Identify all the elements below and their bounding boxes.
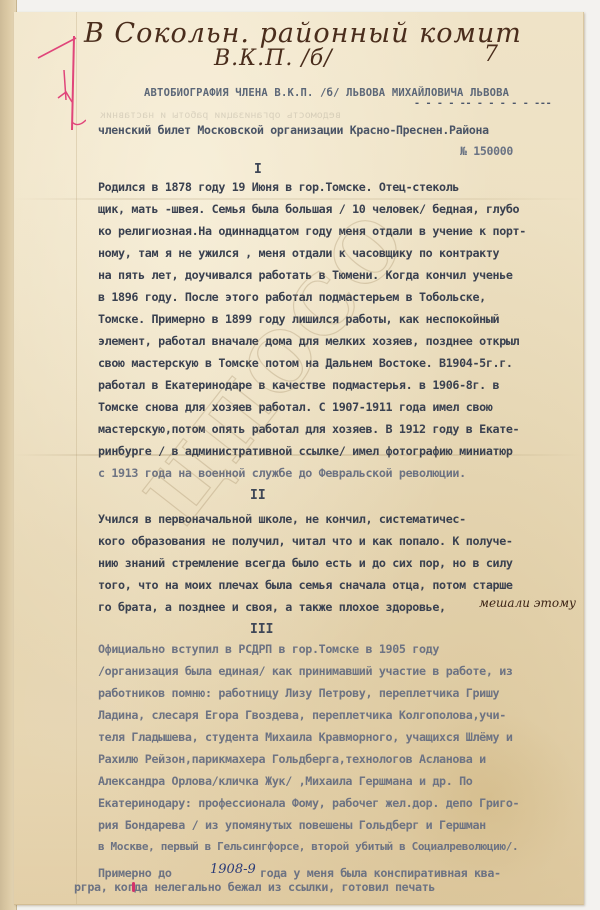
body-line: Ладина, слесаря Егора Гвоздева, переплет…: [98, 708, 506, 722]
margin-line: [76, 12, 77, 904]
handwritten-address: В Сокольн. районный комит: [84, 18, 522, 49]
body-line: Александра Орлова/кличка Жук/ ,Михаила Г…: [98, 774, 472, 788]
body-line: с 1913 года на военной службе до Февраль…: [98, 466, 466, 480]
body-line: в 1896 году. После этого работал подмаст…: [98, 290, 486, 304]
body-line: мастерскую,потом опять работал для хозяе…: [98, 422, 519, 436]
document-scan: В Сокольн. районный комит В.К.П. /б/ 7 А…: [0, 0, 600, 910]
body-line: теля Гладышева, студента Михаила Кравмор…: [98, 730, 513, 744]
bleed-through-text: ведомость организации работы и наставник: [100, 110, 341, 121]
section-numeral: I: [254, 162, 262, 177]
body-line: ргра, когда нелегально бежал из ссылки, …: [74, 880, 435, 894]
body-line: на пять лет, доучивался работать в Тюмен…: [98, 268, 513, 282]
body-line: года у меня была конспиративная ква-: [260, 866, 501, 880]
membership-line: членский билет Московской организации Кр…: [98, 123, 489, 137]
body-line: в Москве, первый в Гельсингфорсе, второй…: [98, 840, 518, 853]
handwritten-party: В.К.П. /б/: [214, 46, 333, 71]
body-line: ному, там я не ужился , меня отдали к ча…: [98, 246, 499, 260]
body-line: Родился в 1878 году 19 Июня в гор.Томске…: [98, 180, 459, 194]
document-page: В Сокольн. районный комит В.К.П. /б/ 7 А…: [14, 12, 584, 905]
handwritten-insert: мешали этому: [479, 596, 576, 610]
red-pencil-dot: [132, 882, 135, 892]
body-line: /организация была единая/ как принимавши…: [98, 664, 513, 678]
body-line: ко религиозная.На одиннадцатом году меня…: [98, 224, 526, 238]
body-line: того, что на моих плечах была семья снач…: [98, 578, 513, 592]
body-line: работал в Екатеринодаре в качестве подма…: [98, 378, 499, 392]
body-line: элемент, работал вначале дома для мелких…: [98, 334, 519, 348]
membership-number: № 150000: [460, 144, 513, 158]
body-line: Екатеринодару: профессионала Фому, рабоч…: [98, 796, 519, 810]
body-line: Примерно до: [98, 866, 172, 880]
body-line: рия Бондарева / из упомянутых повешены Г…: [98, 818, 486, 832]
body-line: Учился в первоначальной школе, не кончил…: [98, 512, 466, 526]
section-numeral: II: [250, 488, 266, 503]
body-line: Официально вступил в РСДРП в гор.Томске …: [98, 642, 439, 656]
handwritten-page-number: 7: [484, 42, 498, 67]
body-line: го брата, а позднее и своя, а также плох…: [98, 600, 446, 614]
body-line: свою мастерскую в Томске потом на Дальне…: [98, 356, 513, 370]
handwritten-year: 1908-9: [210, 862, 256, 877]
section-numeral: III: [250, 622, 273, 637]
fold-crease: [14, 198, 583, 200]
body-line: Рахилю Рейзон,парикмахера Гольдберга,тех…: [98, 752, 486, 766]
red-pencil-mark-icon: [36, 30, 86, 140]
body-line: ринбурге / в административной ссылке/ им…: [98, 444, 513, 458]
body-line: Томске снова для хозяев работал. С 1907-…: [98, 400, 493, 414]
body-line: Томске. Примерно в 1899 году лишился раб…: [98, 312, 499, 326]
body-line: работников помню: работницу Лизу Петрову…: [98, 686, 499, 700]
body-line: щик, мать -швея. Семья была большая / 10…: [98, 202, 519, 216]
body-line: кого образования не получил, читал что и…: [98, 534, 513, 548]
body-line: нию знаний стремление всегда было есть и…: [98, 556, 513, 570]
title-underline: - - - - -- - - - - - ---: [414, 98, 551, 109]
